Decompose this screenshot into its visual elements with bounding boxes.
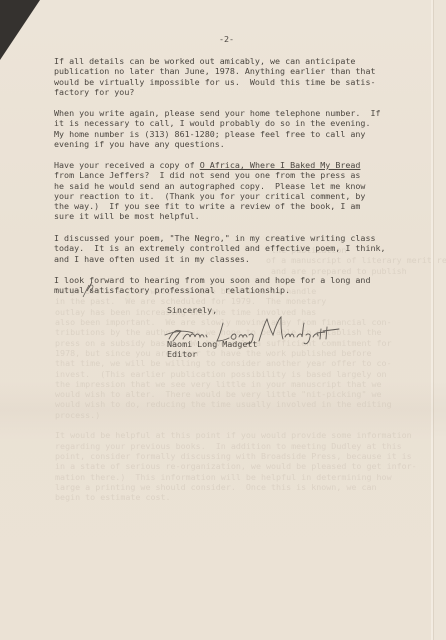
signer-title: Editor bbox=[167, 349, 197, 359]
paragraph-publication-date: If all details can be worked out amicabl… bbox=[54, 56, 376, 97]
paragraph-telephone: When you write again, please send your h… bbox=[54, 108, 381, 149]
text-line: he said he would send an autographed cop… bbox=[54, 181, 365, 191]
text-line: would be virtually impossible for us. Wo… bbox=[54, 77, 376, 87]
text-line: it is necessary to call, I would probabl… bbox=[54, 118, 370, 128]
text-line: factory for you? bbox=[54, 87, 134, 97]
text-line: your reaction to it. (Thank you for your… bbox=[54, 191, 365, 201]
text-line: My home number is (313) 861-1280; please… bbox=[54, 129, 365, 139]
text-line: from Lance Jeffers? I did not send you o… bbox=[54, 170, 360, 180]
book-title: O Africa, Where I Baked My Bread bbox=[200, 160, 361, 170]
right-paper-edge bbox=[433, 0, 446, 640]
text-line: Have your received a copy of bbox=[54, 160, 200, 170]
text-line: sure it will be most helpful. bbox=[54, 211, 200, 221]
signer-name: Naomi Long Madgett bbox=[167, 339, 257, 349]
text-line: When you write again, please send your h… bbox=[54, 108, 381, 118]
text-line: and I have often used it in my classes. bbox=[54, 254, 250, 264]
paragraph-book-copy: Have your received a copy of O Africa, W… bbox=[54, 160, 365, 222]
text-line: I discussed your poem, "The Negro," in m… bbox=[54, 233, 376, 243]
letter-page: the publication of a manuscript of liter… bbox=[0, 0, 446, 640]
text-line: today. It is an extremely controlled and… bbox=[54, 243, 386, 253]
text-line: I look forward to hearing from you soon … bbox=[54, 275, 370, 285]
right-edge-crease bbox=[431, 0, 433, 640]
text-line: If all details can be worked out amicabl… bbox=[54, 56, 355, 66]
handwritten-insertion-mark bbox=[80, 279, 96, 299]
paragraph-poem-discussion: I discussed your poem, "The Negro," in m… bbox=[54, 233, 386, 264]
text-line: evening if you have any questions. bbox=[54, 139, 225, 149]
text-line: publication no later than June, 1978. An… bbox=[54, 66, 376, 76]
page-number: -2- bbox=[219, 34, 234, 44]
text-line: the way.) If you see fit to write a revi… bbox=[54, 201, 360, 211]
folded-corner-background bbox=[0, 0, 40, 60]
paragraph-closing-remark: I look forward to hearing from you soon … bbox=[54, 275, 370, 296]
